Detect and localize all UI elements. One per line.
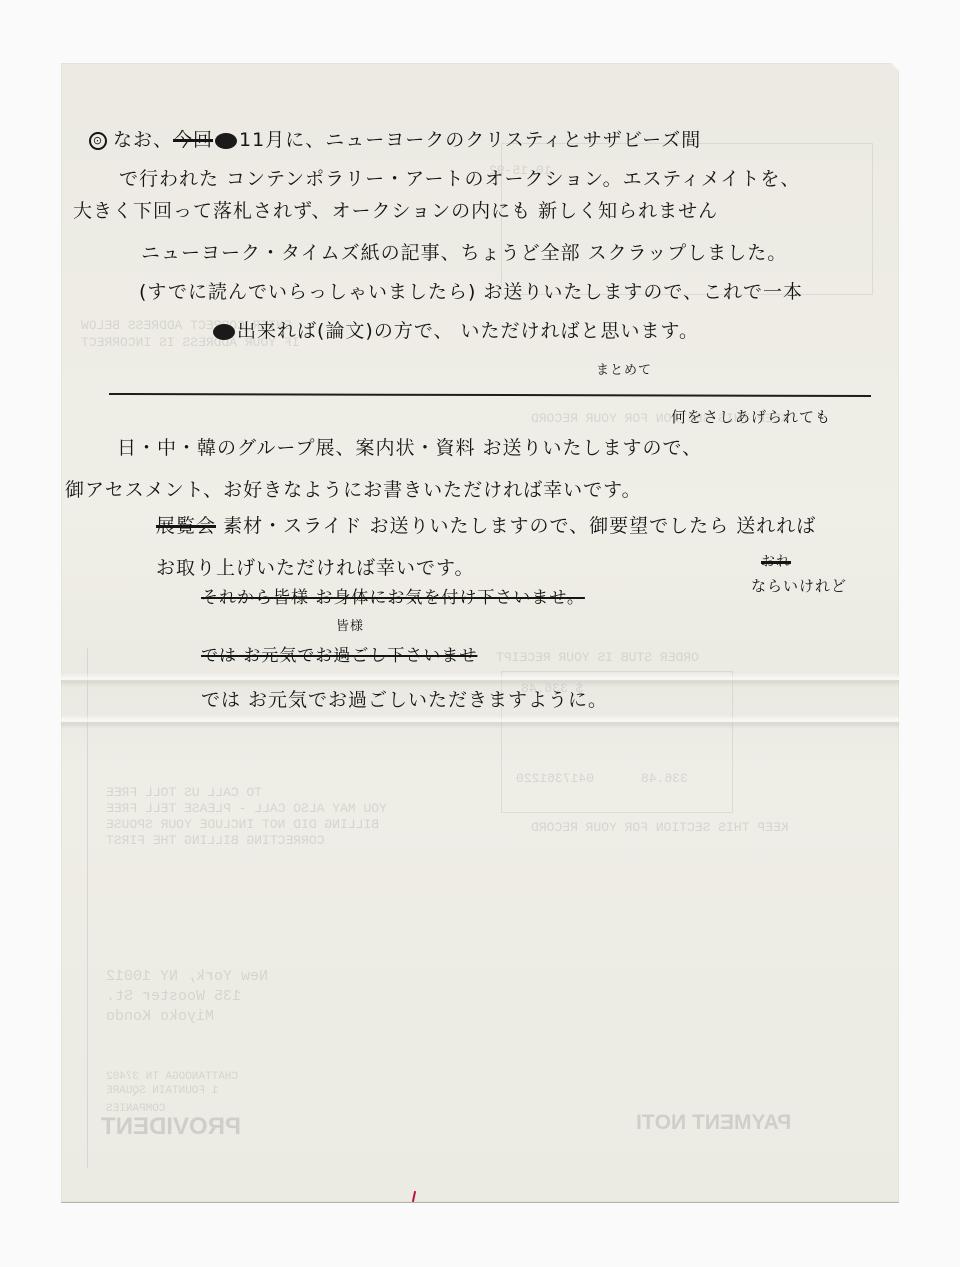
ghost-policy: 0417361220 — [516, 771, 594, 786]
paper-crease — [61, 715, 899, 729]
ghost-notice-title: PAYMENT NOTI — [636, 1111, 791, 1135]
handwritten-line: 日・中・韓のグループ展、案内状・資料 お送りいたしますので、 — [117, 433, 702, 460]
letter-paper: 10-15-92 ENTER CORRECT ADDRESS BELOW IF … — [61, 63, 899, 1203]
red-pen-mark — [412, 1191, 416, 1202]
struck-right-note: おれ — [761, 551, 791, 571]
handwritten-line: 御アセスメント、お好きなようにお書きいただければ幸いです。 — [65, 475, 642, 502]
struck-line: それから皆様 お身体にお気を付け下さいませ。 — [201, 583, 585, 608]
ghost-address-1: 1 FOUNTAIN SQUARE — [106, 1085, 218, 1097]
ghost-body-3: BILLING DID NOT INCLUDE YOUR SPOUSE — [106, 817, 379, 832]
handwritten-margin-note: 何をさしあげられても — [671, 406, 831, 427]
ghost-recipient-city: New York, NY 10012 — [106, 968, 268, 985]
handwritten-line: お取り上げいただければ幸いです。 — [156, 553, 474, 580]
section-divider — [109, 393, 871, 397]
handwritten-line: ニューヨーク・タイムズ紙の記事、ちょうど全部 スクラップしました。 — [141, 238, 787, 265]
handwritten-right-note: ならいけれど — [751, 575, 847, 596]
ghost-body-1: TO CALL US TOLL FREE — [106, 785, 262, 800]
ghost-company-logo: PROVIDENT — [101, 1113, 241, 1141]
circled-dot-icon: ⊙ — [89, 132, 107, 150]
ghost-body-2: YOU MAY ALSO CALL - PLEASE TELL FREE — [106, 801, 387, 816]
handwritten-line: 大きく下回って落札されず、オークションの内にも 新しく知られません — [73, 196, 718, 223]
struck-line: では お元気でお過ごし下さいませ — [201, 641, 477, 666]
ghost-keep-section: KEEP THIS SECTION FOR YOUR RECORD — [531, 820, 788, 835]
handwritten-line: では お元気でお過ごしいただきますように。 — [201, 685, 608, 712]
ghost-amount-2: 336.48 — [641, 771, 688, 786]
handwritten-line: (すでに読んでいらっしゃいましたら) お送りいたしますので、これで一本 — [139, 277, 803, 304]
handwritten-line: 出来れば(論文)の方で、 いただければと思います。 — [211, 316, 699, 343]
scribble-mark — [213, 324, 235, 340]
handwritten-line: 展覧会 素材・スライド お送りいたしますので、御要望でしたら 送れれば — [156, 511, 816, 538]
handwritten-insert-note: まとめて — [596, 359, 652, 378]
ghost-address-2: CHATTANOOGA TN 37402 — [106, 1071, 238, 1083]
struck-text: 今回 — [173, 129, 213, 151]
ghost-body-4: CORRECTING BILLING THE FIRST — [106, 833, 324, 848]
ghost-recipient-name: Miyoko Kondo — [106, 1008, 214, 1025]
struck-text: 展覧会 — [156, 515, 216, 537]
torn-corner — [890, 62, 900, 72]
handwritten-line: ⊙なお、今回11月に、ニューヨークのクリスティとサザビーズ間 — [89, 125, 701, 152]
ghost-receipt-header: ORDER STUB IS YOUR RECEIPT — [496, 650, 699, 665]
handwritten-insert-note: 皆様 — [336, 615, 364, 634]
ghost-recipient-street: 135 Wooster St. — [106, 988, 241, 1005]
handwritten-line: で行われた コンテンポラリー・アートのオークション。エスティメイトを、 — [119, 164, 800, 191]
scribble-mark — [215, 133, 237, 149]
